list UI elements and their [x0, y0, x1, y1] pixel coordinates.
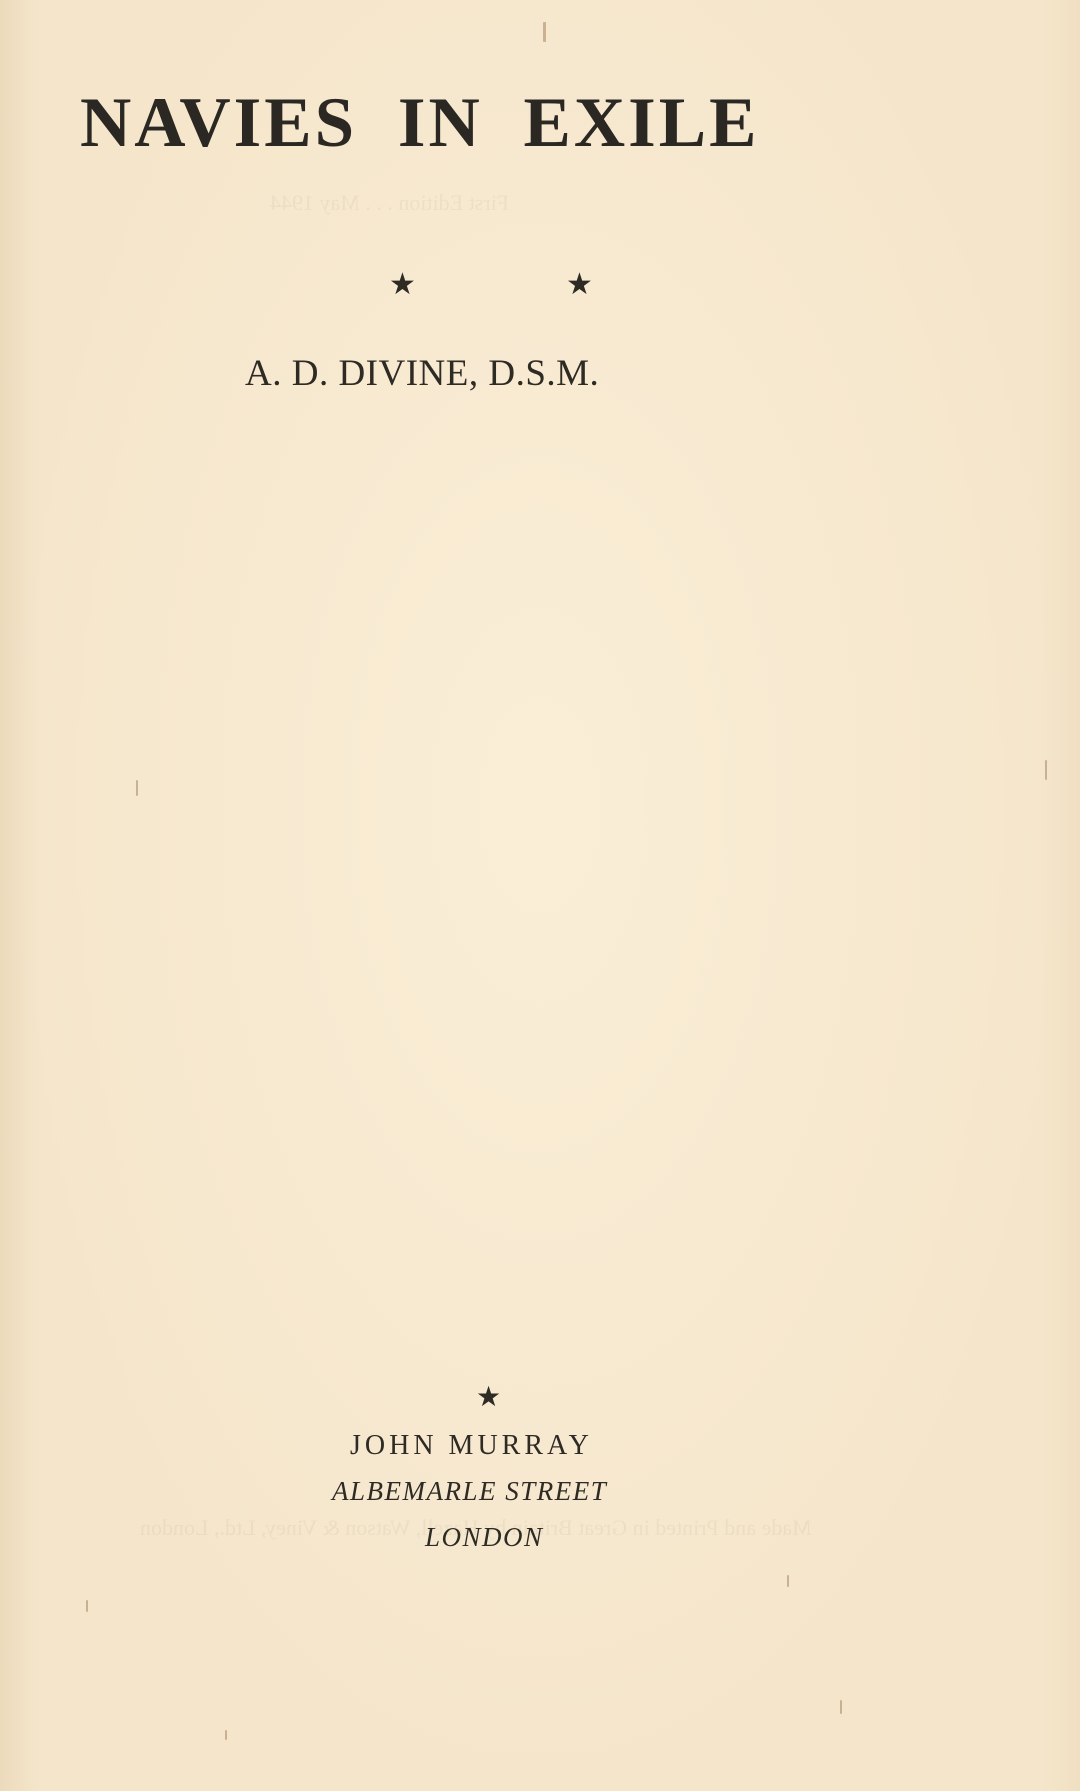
paper-speck [225, 1730, 227, 1740]
paper-speck [840, 1700, 842, 1714]
paper-speck [787, 1575, 789, 1587]
star-icon: ★ [389, 270, 416, 300]
title-page: First Edition . . . May 1944 Made and Pr… [0, 0, 1080, 1791]
author-name: A. D. DIVINE, D.S.M. [245, 355, 599, 392]
paper-speck [136, 780, 138, 796]
star-icon: ★ [476, 1383, 501, 1411]
paper-speck [86, 1600, 88, 1612]
publisher-name: JOHN MURRAY [350, 1432, 593, 1460]
star-icon: ★ [566, 270, 593, 300]
book-title: NAVIES IN EXILE [80, 88, 760, 159]
show-through-text: First Edition . . . May 1944 [270, 190, 509, 216]
publisher-city: LONDON [425, 1524, 544, 1551]
paper-speck [1045, 760, 1047, 780]
paper-speck [543, 22, 546, 42]
publisher-street: ALBEMARLE STREET [332, 1478, 607, 1505]
